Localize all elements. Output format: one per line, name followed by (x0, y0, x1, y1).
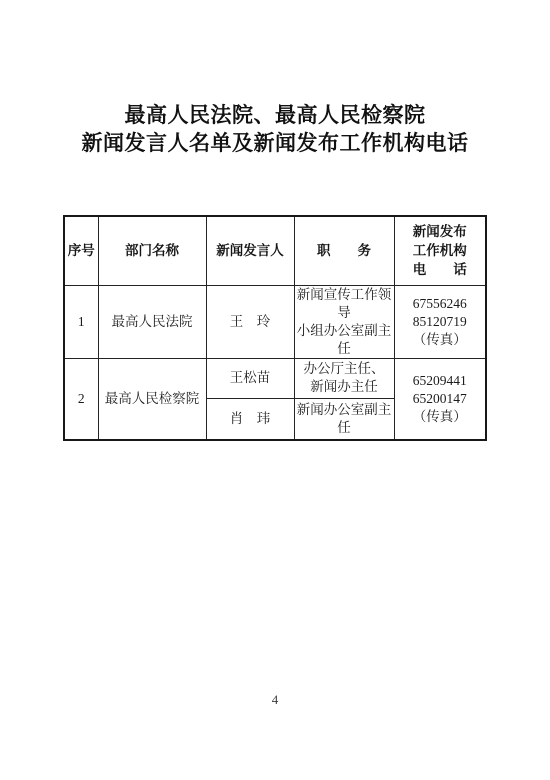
row1-department: 最高人民法院 (98, 285, 206, 358)
row2-sub2-spokesperson: 肖 玮 (206, 398, 294, 440)
row2-sub1-spokesperson: 王松苗 (206, 358, 294, 398)
page-number: 4 (0, 692, 550, 708)
row1-spokesperson: 王 玲 (206, 285, 294, 358)
header-phone: 新闻发布 工作机构 电 话 (394, 216, 486, 285)
table-header-row: 序号 部门名称 新闻发言人 职 务 新闻发布 工作机构 电 话 (64, 216, 486, 285)
row2-index: 2 (64, 358, 98, 440)
document-title-line-2: 新闻发言人名单及新闻发布工作机构电话 (0, 129, 550, 157)
header-spokesperson: 新闻发言人 (206, 216, 294, 285)
row2-sub1-position: 办公厅主任、 新闻办主任 (294, 358, 394, 398)
document-title-line-1: 最高人民法院、最高人民检察院 (0, 101, 550, 129)
header-index: 序号 (64, 216, 98, 285)
header-department: 部门名称 (98, 216, 206, 285)
header-position: 职 务 (294, 216, 394, 285)
document-page: 最高人民法院、最高人民检察院 新闻发言人名单及新闻发布工作机构电话 序号 部门名… (0, 0, 550, 780)
row2-department: 最高人民检察院 (98, 358, 206, 440)
spokesperson-table: 序号 部门名称 新闻发言人 职 务 新闻发布 工作机构 电 话 1 最高人民法院… (63, 215, 487, 441)
row2-phone: 65209441 65200147 （传真） (394, 358, 486, 440)
row1-position: 新闻宣传工作领导 小组办公室副主任 (294, 285, 394, 358)
row2-sub2-position: 新闻办公室副主任 (294, 398, 394, 440)
row1-index: 1 (64, 285, 98, 358)
table-row: 2 最高人民检察院 王松苗 办公厅主任、 新闻办主任 65209441 6520… (64, 358, 486, 398)
document-title: 最高人民法院、最高人民检察院 新闻发言人名单及新闻发布工作机构电话 (0, 0, 550, 157)
row1-phone: 67556246 85120719 （传真） (394, 285, 486, 358)
table-row: 1 最高人民法院 王 玲 新闻宣传工作领导 小组办公室副主任 67556246 … (64, 285, 486, 358)
